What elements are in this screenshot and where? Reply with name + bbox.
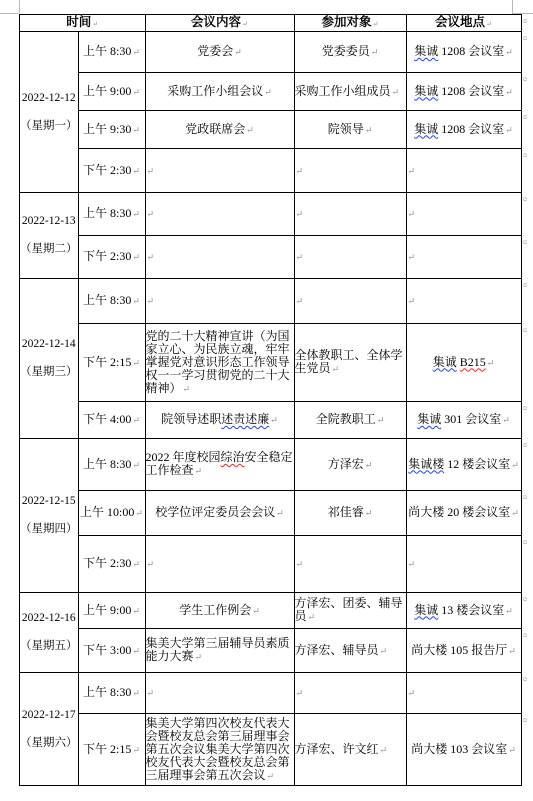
text-boundary-left-vertical	[19, 0, 20, 13]
text-run: 集诚	[414, 603, 438, 617]
cell-end-mark: ↵	[296, 209, 304, 219]
row-end-mark: ¤	[523, 539, 527, 547]
participants-cell[interactable]: 采购工作小组成员↵	[294, 73, 406, 111]
text-run: 党政联席会	[185, 122, 245, 136]
location-cell[interactable]: 集诚楼 12 楼会议室↵	[406, 439, 521, 491]
date-cell[interactable]: 2022-12-13（星期二）	[20, 193, 79, 279]
participants-cell[interactable]: 方泽宏↵	[294, 439, 406, 491]
column-header: 时间↵	[20, 15, 146, 32]
cell-end-mark: ↵	[511, 508, 519, 518]
weekday-text: （星期三）	[20, 366, 78, 379]
cell-end-mark: ↵	[132, 87, 140, 97]
date-text: 2022-12-13	[20, 215, 78, 228]
text-run: 党的二十大精神宣讲（为国家立心、为民族立魂，牢牢掌握党对意识形态工作领导权一一学…	[146, 329, 290, 395]
text-boundary-right-vertical	[512, 0, 513, 13]
text-run: 集诚	[414, 122, 438, 136]
location-cell[interactable]: 尚大楼 103 会议室↵	[406, 714, 521, 786]
table-row: 2022-12-15（星期四）上午 8:30↵2022 年度校园综治安全稳定工作…	[20, 439, 522, 491]
cell-end-mark: ↵	[147, 296, 155, 306]
row-end-mark: ¤	[523, 405, 527, 413]
text-run: 1208 会议室	[438, 84, 504, 98]
weekday-text: （星期四）	[20, 523, 78, 536]
date-text: 2022-12-17	[20, 709, 78, 722]
time-text: 上午 8:30	[83, 44, 131, 58]
cell-end-mark: ↵	[511, 460, 519, 470]
cell-end-mark: ↵	[371, 47, 379, 57]
participants-cell[interactable]: 全体教职工、全体学生党员↵	[294, 324, 406, 402]
time-text: 下午 2:15	[83, 742, 131, 756]
column-header: 会议内容↵	[145, 15, 294, 32]
location-cell[interactable]: 集诚 1208 会议室↵	[406, 32, 521, 73]
location-cell[interactable]: 尚大楼 20 楼会议室↵	[406, 491, 521, 536]
row-end-mark: ¤	[523, 282, 527, 290]
participants-cell[interactable]: ↵	[294, 236, 406, 279]
time-cell[interactable]: 下午 4:00↵	[78, 402, 145, 439]
column-header-label: 会议内容	[191, 15, 241, 29]
date-cell[interactable]: 2022-12-17（星期六）	[20, 673, 79, 786]
text-run: 学生工作例会	[179, 603, 251, 617]
participants-cell[interactable]: 方泽宏、许文红↵	[294, 714, 406, 786]
date-cell[interactable]: 2022-12-12（星期一）	[20, 32, 79, 193]
cell-end-mark: ↵	[486, 20, 492, 28]
cell-end-mark: ↵	[132, 415, 140, 425]
cell-end-mark: ↵	[487, 358, 495, 368]
cell-end-mark: ↵	[132, 125, 140, 135]
row-end-mark: ¤	[523, 494, 527, 502]
participants-cell[interactable]: ↵	[294, 279, 406, 324]
date-text: 2022-12-14	[20, 338, 78, 351]
row-end-mark: ¤	[523, 717, 527, 725]
cell-end-mark: ↵	[365, 508, 373, 518]
cell-end-mark: ↵	[132, 296, 140, 306]
time-cell[interactable]: 下午 2:30↵	[78, 236, 145, 279]
cell-end-mark: ↵	[408, 688, 416, 698]
cell-end-mark: ↵	[132, 47, 140, 57]
cell-end-mark: ↵	[132, 559, 140, 569]
weekday-text: （星期六）	[20, 737, 78, 750]
row-end-mark: ¤	[523, 327, 527, 335]
cell-end-mark: ↵	[392, 87, 400, 97]
text-run: 祁佳睿	[328, 505, 364, 519]
cell-end-mark: ↵	[296, 296, 304, 306]
location-cell[interactable]: 集诚 1208 会议室↵	[406, 111, 521, 149]
location-cell[interactable]: 集诚 B215↵	[406, 324, 521, 402]
table-row: 下午 4:00↵院领导述职述责述廉↵全院教职工↵集诚 301 会议室↵	[20, 402, 522, 439]
text-run: 13 楼会议室	[438, 603, 504, 617]
row-end-mark: ¤	[523, 196, 527, 204]
text-run: 集美大学第三届辅导员素质能力大赛	[146, 636, 290, 663]
content-cell[interactable]: 学生工作例会↵	[145, 593, 294, 629]
content-cell[interactable]: 采购工作小组会议↵	[145, 73, 294, 111]
cell-end-mark: ↵	[408, 296, 416, 306]
participants-cell[interactable]: ↵	[294, 149, 406, 193]
participants-cell[interactable]: 方泽宏、团委、辅导员↵	[294, 593, 406, 629]
cell-end-mark: ↵	[132, 166, 140, 176]
table-row: 2022-12-14（星期三）上午 8:30↵↵↵↵	[20, 279, 522, 324]
weekday-text: （星期五）	[20, 640, 78, 653]
date-text: 2022-12-15	[20, 495, 78, 508]
cell-end-mark: ↵	[270, 415, 278, 425]
cell-end-mark: ↵	[195, 466, 203, 476]
column-header-label: 时间	[66, 15, 91, 29]
table-row: 上午 9:00↵采购工作小组会议↵采购工作小组成员↵集诚 1208 会议室↵	[20, 73, 522, 111]
time-cell[interactable]: 下午 2:30↵	[78, 536, 145, 593]
header-row: 时间↵会议内容↵参加对象↵会议地点↵	[20, 15, 522, 32]
cell-end-mark: ↵	[365, 460, 373, 470]
time-text: 下午 4:00	[83, 412, 131, 426]
participants-cell[interactable]: 祁佳睿↵	[294, 491, 406, 536]
text-run: 采购工作小组成员	[295, 84, 391, 98]
time-cell[interactable]: 下午 3:00↵	[78, 629, 145, 673]
cell-end-mark: ↵	[267, 771, 275, 781]
cell-end-mark: ↵	[252, 606, 260, 616]
time-cell[interactable]: 上午 9:00↵	[78, 73, 145, 111]
text-run: 综治	[221, 450, 245, 464]
content-cell[interactable]: 院领导述职述责述廉↵	[145, 402, 294, 439]
time-text: 上午 8:30	[83, 293, 131, 307]
text-run: 1208 会议室	[438, 122, 504, 136]
cell-end-mark: ↵	[132, 460, 140, 470]
text-run: B215	[460, 355, 486, 369]
date-cell[interactable]: 2022-12-15（星期四）	[20, 439, 79, 593]
cell-end-mark: ↵	[505, 606, 513, 616]
row-end-mark: ¤	[523, 114, 527, 122]
row-end-mark: ¤	[523, 239, 527, 247]
cell-end-mark: ↵	[380, 745, 388, 755]
time-cell[interactable]: 下午 2:30↵	[78, 149, 145, 193]
cell-end-mark: ↵	[408, 559, 416, 569]
row-end-mark: ¤	[523, 632, 527, 640]
location-cell[interactable]: ↵	[406, 149, 521, 193]
cell-end-mark: ↵	[377, 415, 385, 425]
location-cell[interactable]: 尚大楼 105 报告厅↵	[406, 629, 521, 673]
cell-end-mark: ↵	[135, 508, 143, 518]
table-row: 上午 10:00↵校学位评定委员会会议↵祁佳睿↵尚大楼 20 楼会议室↵	[20, 491, 522, 536]
text-run: 党委委员	[322, 44, 370, 58]
column-header: 会议地点↵	[406, 15, 521, 32]
table-row: 下午 2:30↵↵↵↵	[20, 236, 522, 279]
text-run: 党委会	[197, 44, 233, 58]
participants-cell[interactable]: 方泽宏、辅导员↵	[294, 629, 406, 673]
table-row: 2022-12-16（星期五）上午 9:00↵学生工作例会↵方泽宏、团委、辅导员…	[20, 593, 522, 629]
cell-end-mark: ↵	[505, 125, 513, 135]
table-row: 2022-12-17（星期六）上午 8:30↵↵↵↵	[20, 673, 522, 714]
text-run: 方泽宏	[328, 457, 364, 471]
cell-end-mark: ↵	[242, 20, 248, 28]
content-cell[interactable]: 党政联席会↵	[145, 111, 294, 149]
time-cell[interactable]: 上午 10:00↵	[78, 491, 145, 536]
text-run: 方泽宏、许文红	[295, 742, 379, 756]
time-cell[interactable]: 上午 9:30↵	[78, 111, 145, 149]
text-run: 尚大楼 20 楼会议室	[408, 505, 510, 519]
column-header-label: 参加对象	[322, 15, 372, 29]
time-text: 上午 9:30	[83, 122, 131, 136]
time-cell[interactable]: 上午 8:30↵	[78, 32, 145, 73]
column-header-label: 会议地点	[435, 15, 485, 29]
row-end-mark: ¤	[523, 35, 527, 43]
cell-end-mark: ↵	[296, 559, 304, 569]
date-text: 2022-12-12	[20, 92, 78, 105]
time-text: 下午 2:30	[83, 249, 131, 263]
content-cell[interactable]: 集美大学第四次校友代表大会暨校友总会第三届理事会第五次会议集美大学第四次校友代表…	[145, 714, 294, 786]
cell-end-mark: ↵	[296, 252, 304, 262]
cell-end-mark: ↵	[147, 559, 155, 569]
text-run: 方泽宏、辅导员	[295, 643, 379, 657]
cell-end-mark: ↵	[246, 125, 254, 135]
participants-cell[interactable]: ↵	[294, 193, 406, 236]
table-row: 下午 2:30↵↵↵↵	[20, 149, 522, 193]
cell-end-mark: ↵	[132, 646, 140, 656]
cell-end-mark: ↵	[308, 612, 316, 622]
text-run: 院领导述职	[161, 412, 221, 426]
table-row: 下午 2:30↵↵↵↵	[20, 536, 522, 593]
content-cell[interactable]: 党的二十大精神宣讲（为国家立心、为民族立魂，牢牢掌握党对意识形态工作领导权一一学…	[145, 324, 294, 402]
content-cell[interactable]: ↵	[145, 193, 294, 236]
cell-end-mark: ↵	[195, 652, 203, 662]
time-cell[interactable]: 下午 2:15↵	[78, 714, 145, 786]
row-end-mark: ¤	[523, 152, 527, 160]
cell-end-mark: ↵	[408, 166, 416, 176]
cell-end-mark: ↵	[276, 508, 284, 518]
cell-end-mark: ↵	[508, 646, 516, 656]
text-run: 集诚楼	[408, 457, 444, 471]
cell-end-mark: ↵	[92, 20, 98, 28]
time-text: 上午 10:00	[80, 505, 134, 519]
time-text: 上午 8:30	[83, 685, 131, 699]
cell-end-mark: ↵	[408, 252, 416, 262]
text-run: 校学位评定委员会会议	[155, 505, 275, 519]
content-cell[interactable]: ↵	[145, 149, 294, 193]
table-row: 上午 9:30↵党政联席会↵院领导↵集诚 1208 会议室↵	[20, 111, 522, 149]
location-cell[interactable]: ↵	[406, 536, 521, 593]
participants-cell[interactable]: 院领导↵	[294, 111, 406, 149]
table-row: 2022-12-13（星期二）上午 8:30↵↵↵↵	[20, 193, 522, 236]
cell-end-mark: ↵	[365, 125, 373, 135]
row-end-mark: ¤	[523, 76, 527, 84]
cell-end-mark: ↵	[132, 606, 140, 616]
cell-end-mark: ↵	[147, 166, 155, 176]
text-run: 集诚	[417, 412, 441, 426]
cell-end-mark: ↵	[408, 209, 416, 219]
cell-end-mark: ↵	[132, 745, 140, 755]
content-cell[interactable]: 党委会↵	[145, 32, 294, 73]
text-run: 尚大楼 105 报告厅	[411, 643, 507, 657]
date-cell[interactable]: 2022-12-14（星期三）	[20, 279, 79, 439]
location-cell[interactable]: ↵	[406, 279, 521, 324]
weekday-text: （星期一）	[20, 120, 78, 133]
table-row: 下午 2:15↵党的二十大精神宣讲（为国家立心、为民族立魂，牢牢掌握党对意识形态…	[20, 324, 522, 402]
time-text: 下午 3:00	[83, 643, 131, 657]
time-text: 下午 2:30	[83, 163, 131, 177]
cell-end-mark: ↵	[296, 166, 304, 176]
time-text: 上午 8:30	[83, 206, 131, 220]
text-run: 集诚	[433, 355, 457, 369]
cell-end-mark: ↵	[505, 87, 513, 97]
time-cell[interactable]: 上午 9:00↵	[78, 593, 145, 629]
text-run: 2022 年度校园	[146, 450, 221, 464]
cell-end-mark: ↵	[296, 688, 304, 698]
cell-end-mark: ↵	[132, 252, 140, 262]
row-end-mark: ¤	[523, 18, 527, 26]
participants-cell[interactable]: ↵	[294, 536, 406, 593]
cell-end-mark: ↵	[234, 47, 242, 57]
participants-cell[interactable]: 党委委员↵	[294, 32, 406, 73]
text-run: 采购工作小组会议	[167, 84, 263, 98]
time-text: 下午 2:15	[83, 355, 131, 369]
time-text: 下午 2:30	[83, 556, 131, 570]
location-cell[interactable]: 集诚 13 楼会议室↵	[406, 593, 521, 629]
text-run: 12 楼会议室	[444, 457, 510, 471]
table-row: 下午 2:15↵集美大学第四次校友代表大会暨校友总会第三届理事会第五次会议集美大…	[20, 714, 522, 786]
cell-end-mark: ↵	[132, 688, 140, 698]
location-cell[interactable]: ↵	[406, 193, 521, 236]
time-text: 上午 9:00	[83, 84, 131, 98]
text-boundary-left-horizontal	[0, 13, 19, 14]
column-header: 参加对象↵	[294, 15, 406, 32]
cell-end-mark: ↵	[373, 20, 379, 28]
cell-end-mark: ↵	[505, 47, 513, 57]
text-run: 全体教职工、全体学生党员	[295, 348, 403, 375]
row-end-mark: ¤	[523, 442, 527, 450]
text-run: 集诚	[414, 44, 438, 58]
cell-end-mark: ↵	[147, 209, 155, 219]
text-run: 院领导	[328, 122, 364, 136]
cell-end-mark: ↵	[380, 646, 388, 656]
content-cell[interactable]: 校学位评定委员会会议↵	[145, 491, 294, 536]
participants-cell[interactable]: ↵	[294, 673, 406, 714]
row-end-mark: ¤	[523, 676, 527, 684]
cell-end-mark: ↵	[147, 688, 155, 698]
time-text: 上午 8:30	[83, 457, 131, 471]
content-cell[interactable]: ↵	[145, 673, 294, 714]
text-run: 集诚	[414, 84, 438, 98]
cell-end-mark: ↵	[332, 364, 340, 374]
cell-end-mark: ↵	[132, 358, 140, 368]
content-cell[interactable]: ↵	[145, 536, 294, 593]
cell-end-mark: ↵	[264, 87, 272, 97]
time-cell[interactable]: 上午 8:30↵	[78, 193, 145, 236]
table-row: 2022-12-12（星期一）上午 8:30↵党委会↵党委委员↵集诚 1208 …	[20, 32, 522, 73]
content-cell[interactable]: 集美大学第三届辅导员素质能力大赛↵	[145, 629, 294, 673]
text-run: 1208 会议室	[438, 44, 504, 58]
time-cell[interactable]: 下午 2:15↵	[78, 324, 145, 402]
cell-end-mark: ↵	[147, 252, 155, 262]
content-cell[interactable]: ↵	[145, 279, 294, 324]
location-cell[interactable]: ↵	[406, 673, 521, 714]
document-page[interactable]: 时间↵会议内容↵参加对象↵会议地点↵2022-12-12（星期一）上午 8:30…	[0, 0, 533, 801]
participants-cell[interactable]: 全院教职工↵	[294, 402, 406, 439]
cell-end-mark: ↵	[183, 384, 191, 394]
content-cell[interactable]: ↵	[145, 236, 294, 279]
date-text: 2022-12-16	[20, 612, 78, 625]
text-run: 尚大楼 103 会议室	[411, 742, 507, 756]
time-cell[interactable]: 上午 8:30↵	[78, 673, 145, 714]
content-cell[interactable]: 2022 年度校园综治安全稳定工作检查↵	[145, 439, 294, 491]
location-cell[interactable]: ↵	[406, 236, 521, 279]
date-cell[interactable]: 2022-12-16（星期五）	[20, 593, 79, 673]
time-cell[interactable]: 上午 8:30↵	[78, 279, 145, 324]
location-cell[interactable]: 集诚 301 会议室↵	[406, 402, 521, 439]
text-run: 述责述廉	[221, 412, 269, 426]
weekday-text: （星期二）	[20, 243, 78, 256]
text-run: 301 会议室	[441, 412, 501, 426]
time-text: 上午 9:00	[83, 603, 131, 617]
text-run: 全院教职工	[316, 412, 376, 426]
table-row: 下午 3:00↵集美大学第三届辅导员素质能力大赛↵方泽宏、辅导员↵尚大楼 105…	[20, 629, 522, 673]
cell-end-mark: ↵	[508, 745, 516, 755]
cell-end-mark: ↵	[132, 209, 140, 219]
row-end-mark: ¤	[523, 596, 527, 604]
cell-end-mark: ↵	[502, 415, 510, 425]
time-cell[interactable]: 上午 8:30↵	[78, 439, 145, 491]
location-cell[interactable]: 集诚 1208 会议室↵	[406, 73, 521, 111]
schedule-table[interactable]: 时间↵会议内容↵参加对象↵会议地点↵2022-12-12（星期一）上午 8:30…	[19, 14, 522, 786]
